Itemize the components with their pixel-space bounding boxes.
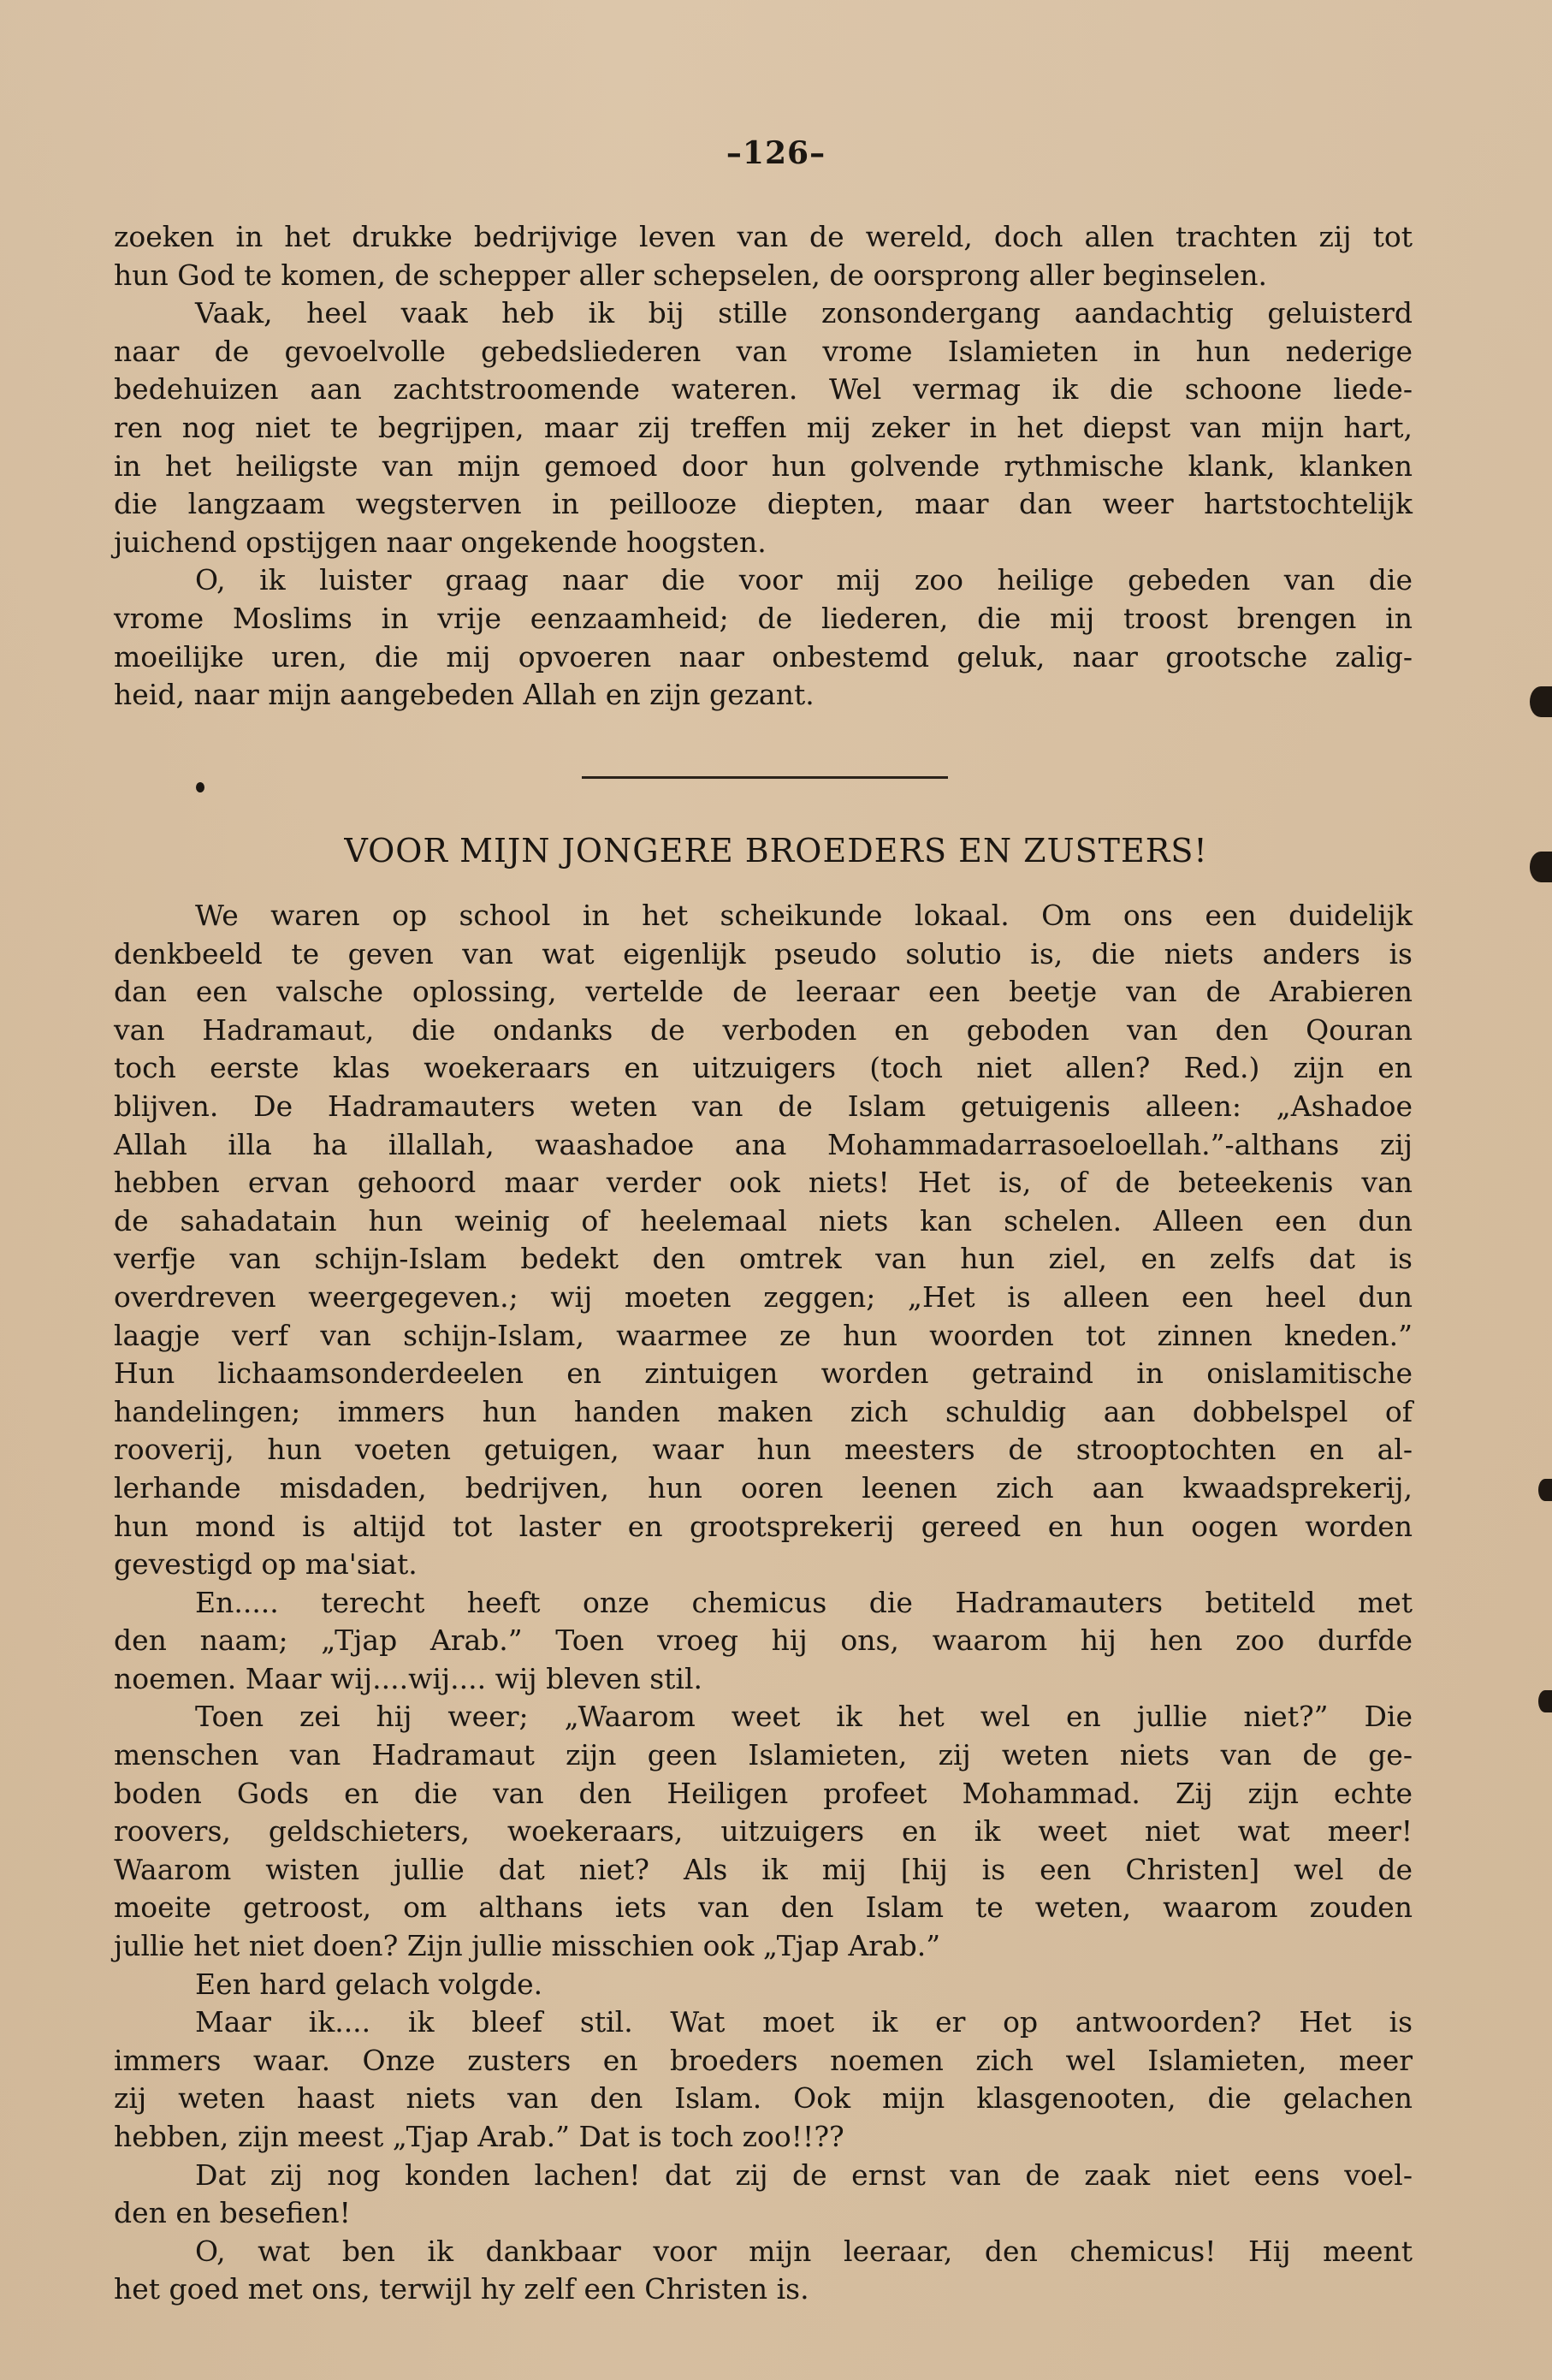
text-line: We waren op school in het scheikunde lok…: [114, 897, 1413, 935]
text-line: bedehuizen aan zachtstroomende wateren. …: [114, 371, 1413, 409]
intro-paragraphs: zoeken in het drukke bedrijvige leven va…: [114, 218, 1413, 715]
text-line: vrome Moslims in vrije eenzaamheid; de l…: [114, 600, 1413, 638]
text-line: gevestigd op ma'siat.: [114, 1546, 1413, 1584]
text-line: hebben, zijn meest „Tjap Arab.” Dat is t…: [114, 2118, 1413, 2157]
text-line: zij weten haast niets van den Islam. Ook…: [114, 2080, 1413, 2118]
text-line: heid, naar mijn aangebeden Allah en zijn…: [114, 676, 1413, 715]
text-line: den en besefien!: [114, 2194, 1413, 2233]
text-line: van Hadramaut, die ondanks de verboden e…: [114, 1012, 1413, 1050]
text-line: noemen. Maar wij....wij.... wij bleven s…: [114, 1660, 1413, 1699]
section-title: VOOR MIJN JONGERE BROEDERS EN ZUSTERS!: [0, 832, 1552, 870]
text-line: dan een valsche oplossing, vertelde de l…: [114, 973, 1413, 1012]
text-line: blijven. De Hadramauters weten van de Is…: [114, 1088, 1413, 1126]
text-line: zoeken in het drukke bedrijvige leven va…: [114, 218, 1413, 257]
text-line: de sahadatain hun weinig of heelemaal ni…: [114, 1202, 1413, 1241]
text-line: rooverij, hun voeten getuigen, waar hun …: [114, 1431, 1413, 1469]
text-line: Een hard gelach volgde.: [114, 1966, 1413, 2004]
text-line: O, wat ben ik dankbaar voor mijn leeraar…: [114, 2233, 1413, 2271]
page-number: –126–: [0, 135, 1552, 171]
text-line: menschen van Hadramaut zijn geen Islamie…: [114, 1736, 1413, 1775]
text-line: moeilijke uren, die mij opvoeren naar on…: [114, 638, 1413, 677]
text-line: moeite getroost, om althans iets van den…: [114, 1889, 1413, 1927]
text-line: juichend opstijgen naar ongekende hoogst…: [114, 524, 1413, 562]
text-line: En..... terecht heeft onze chemicus die …: [114, 1584, 1413, 1623]
section-divider: [582, 776, 948, 779]
text-line: O, ik luister graag naar die voor mij zo…: [114, 561, 1413, 600]
text-line: roovers, geldschieters, woekeraars, uitz…: [114, 1813, 1413, 1851]
text-line: overdreven weergegeven.; wij moeten zegg…: [114, 1279, 1413, 1317]
text-line: die langzaam wegsterven in peillooze die…: [114, 485, 1413, 524]
text-line: den naam; „Tjap Arab.” Toen vroeg hij on…: [114, 1622, 1413, 1660]
text-line: ren nog niet te begrijpen, maar zij tref…: [114, 409, 1413, 448]
section-paragraphs: We waren op school in het scheikunde lok…: [114, 897, 1413, 2309]
text-line: toch eerste klas woekeraars en uitzuiger…: [114, 1049, 1413, 1088]
binding-hole-mark: [1530, 686, 1552, 717]
text-line: lerhande misdaden, bedrijven, hun ooren …: [114, 1469, 1413, 1508]
text-line: hebben ervan gehoord maar verder ook nie…: [114, 1164, 1413, 1202]
text-line: jullie het niet doen? Zijn jullie missch…: [114, 1927, 1413, 1966]
text-line: handelingen; immers hun handen maken zic…: [114, 1393, 1413, 1432]
text-line: het goed met ons, terwijl hy zelf een Ch…: [114, 2270, 1413, 2309]
text-line: Dat zij nog konden lachen! dat zij de er…: [114, 2157, 1413, 2195]
text-line: Toen zei hij weer; „Waarom weet ik het w…: [114, 1698, 1413, 1736]
text-line: hun mond is altijd tot laster en grootsp…: [114, 1508, 1413, 1546]
text-line: Maar ik.... ik bleef stil. Wat moet ik e…: [114, 2003, 1413, 2042]
text-line: Allah illa ha illallah, waashadoe ana Mo…: [114, 1126, 1413, 1165]
text-line: denkbeeld te geven van wat eigenlijk pse…: [114, 935, 1413, 974]
ink-dot: [196, 782, 204, 792]
binding-hole-mark: [1538, 1690, 1552, 1712]
binding-hole-mark: [1530, 852, 1552, 882]
text-line: hun God te komen, de schepper aller sche…: [114, 257, 1413, 295]
text-line: boden Gods en die van den Heiligen profe…: [114, 1775, 1413, 1813]
text-line: verfje van schijn-Islam bedekt den omtre…: [114, 1240, 1413, 1279]
text-line: in het heiligste van mijn gemoed door hu…: [114, 448, 1413, 486]
text-line: Hun lichaamsonderdeelen en zintuigen wor…: [114, 1355, 1413, 1393]
text-line: Vaak, heel vaak heb ik bij stille zonson…: [114, 294, 1413, 333]
binding-hole-mark: [1538, 1479, 1552, 1501]
text-line: naar de gevoelvolle gebedsliederen van v…: [114, 333, 1413, 371]
text-line: immers waar. Onze zusters en broeders no…: [114, 2042, 1413, 2080]
text-line: laagje verf van schijn-Islam, waarmee ze…: [114, 1317, 1413, 1356]
text-line: Waarom wisten jullie dat niet? Als ik mi…: [114, 1851, 1413, 1890]
